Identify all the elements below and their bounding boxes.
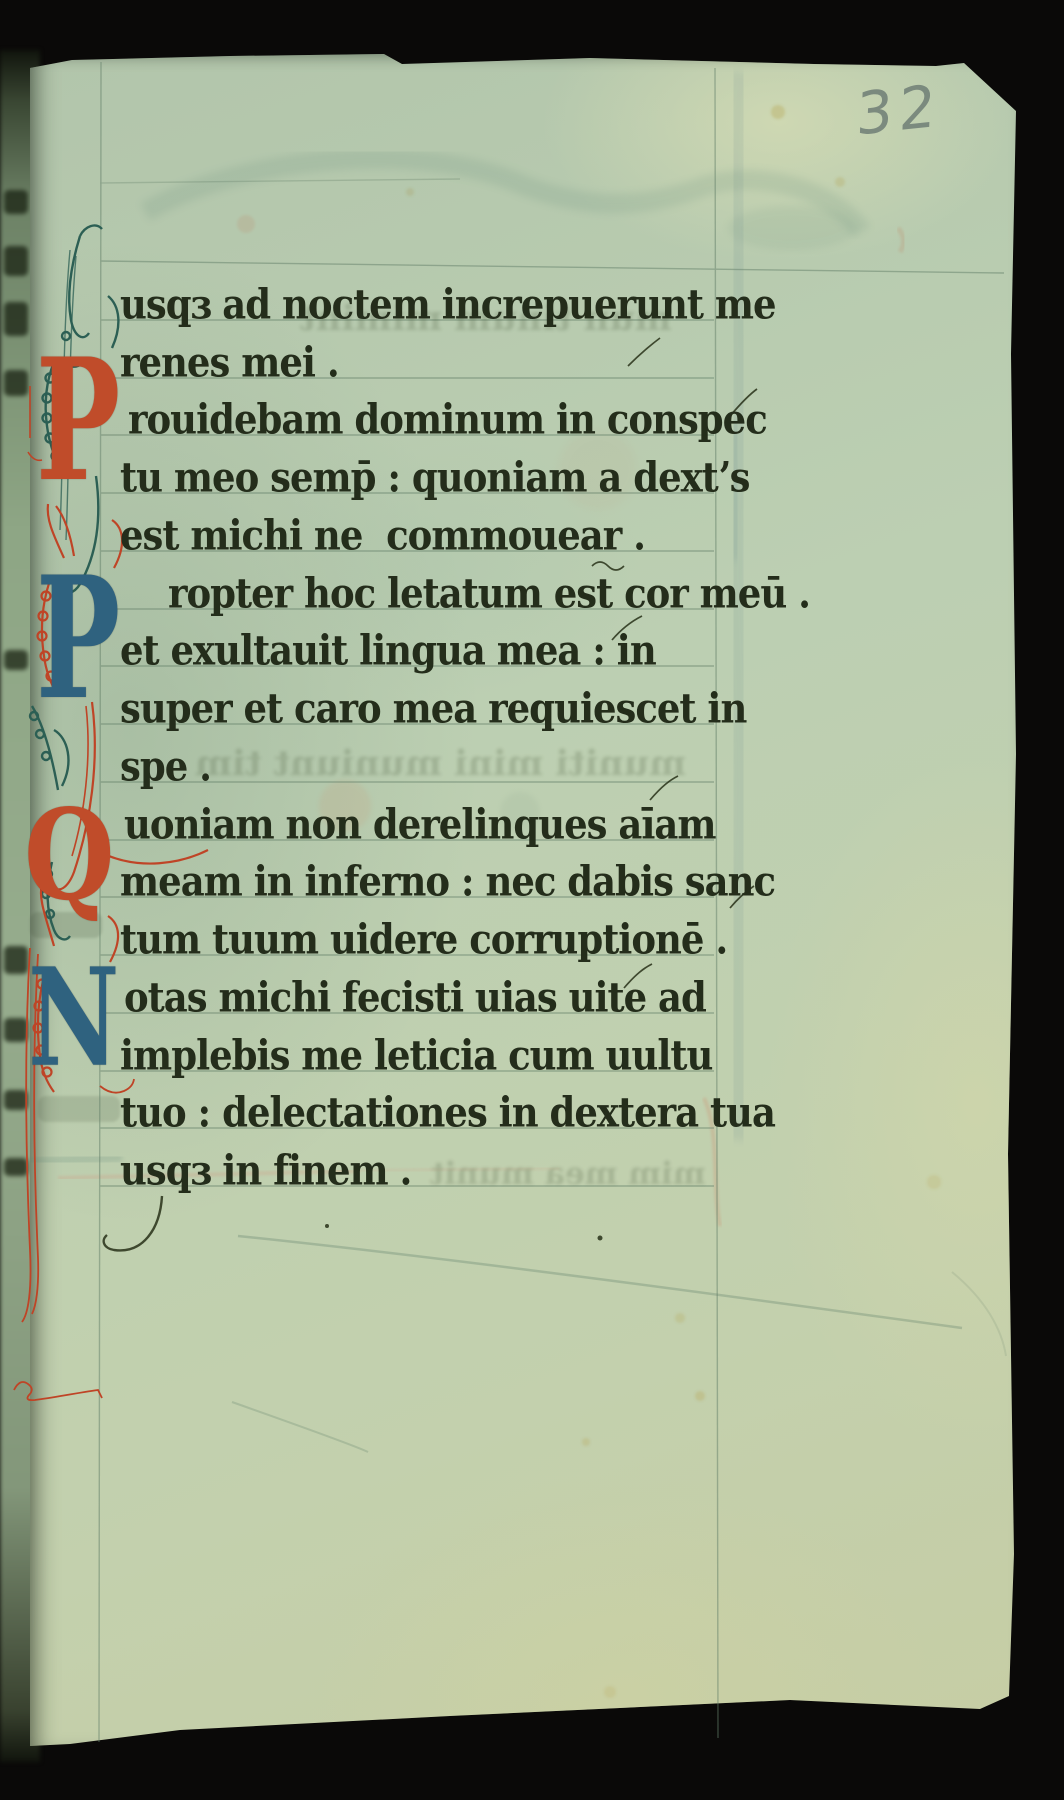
- text-line: est michi ne commouear .: [120, 507, 645, 563]
- blurred-text-fragment: [4, 1158, 28, 1176]
- text-line: spe .: [120, 738, 211, 794]
- text-line: rouidebam dominum in conspec: [128, 391, 767, 447]
- folio-number: 32: [855, 71, 943, 149]
- blurred-text-fragment: [4, 650, 28, 670]
- blurred-text-fragment: [4, 946, 28, 974]
- blurred-text-fragment: [4, 370, 28, 396]
- text-line: meam in inferno : nec dabis sanc: [120, 853, 775, 909]
- illuminated-initial-P-providebam: P: [36, 338, 120, 506]
- text-line: super et caro mea requiescet in: [120, 680, 746, 736]
- blurred-text-fragment: [4, 190, 28, 214]
- manuscript-photo: mun tinum mimint muniti mini muniunt tim…: [0, 0, 1064, 1800]
- blurred-text-fragment: [4, 246, 28, 276]
- illuminated-initial-Q-quoniam: Q: [24, 793, 115, 918]
- illuminated-initial-N-notas: N: [28, 950, 119, 1085]
- text-line: tu meo semp̄ : quoniam a dextʼs: [120, 449, 749, 505]
- text-line: renes mei .: [120, 334, 339, 390]
- blurred-text-fragment: [4, 302, 28, 336]
- text-line: implebis me leticia cum uultu: [120, 1027, 712, 1083]
- illuminated-initial-P-propter: P: [36, 556, 120, 724]
- show-through-text: mim mea munit: [430, 1156, 706, 1192]
- text-line: otas michi fecisti uias uite ad: [124, 969, 706, 1025]
- blurred-text-fragment: [4, 1018, 28, 1042]
- text-line: tum tuum uidere corruptionē .: [120, 911, 727, 967]
- text-line: usqɜ in finem .: [120, 1142, 411, 1198]
- text-line: ropter hoc letatum est cor meū .: [168, 565, 810, 621]
- text-line: tuo : delectationes in dextera tua: [120, 1084, 775, 1140]
- text-line: et exultauit lingua mea : in: [120, 622, 656, 678]
- text-line: usqɜ ad noctem increpuerunt me: [120, 276, 776, 332]
- show-through-text: muniti mini muniunt tim: [195, 743, 686, 784]
- text-line: uoniam non derelinques aīam: [124, 796, 716, 852]
- blurred-text-fragment: [4, 1090, 28, 1110]
